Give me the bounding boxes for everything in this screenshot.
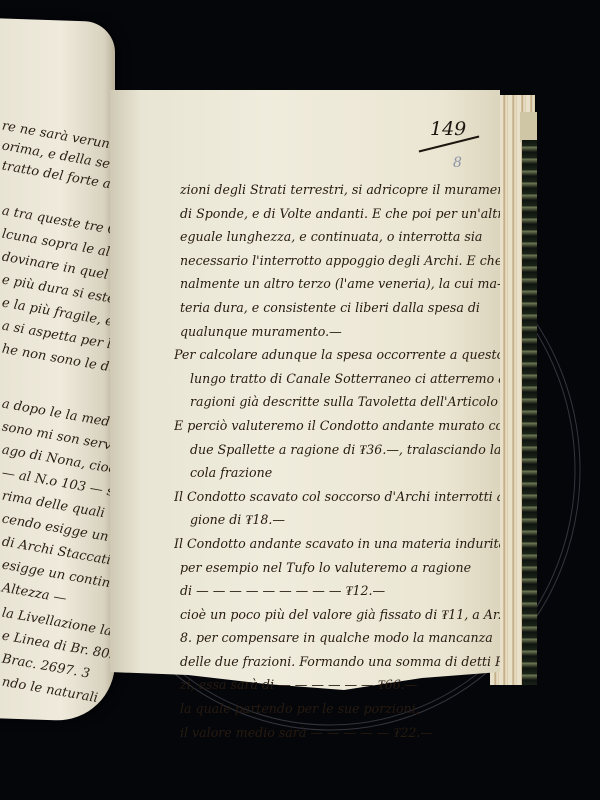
left-page-line: Altezza — <box>1 581 68 607</box>
text-line: eguale lunghezza, e continuata, o interr… <box>180 225 500 249</box>
text-line: di — — — — — — — — — ₮12.— <box>180 579 500 603</box>
text-line: il valore medio sarà — — — — — ₮22.— <box>180 721 500 745</box>
text-line: cola frazione <box>180 461 500 485</box>
text-line: per esempio nel Tufo lo valuteremo a rag… <box>180 556 500 580</box>
text-line: E perciò valuteremo il Condotto andante … <box>174 414 500 438</box>
text-line: Per calcolare adunque la spesa occorrent… <box>174 343 500 367</box>
text-line: 8. per compensare in qualche modo la man… <box>180 626 500 650</box>
cover-corner <box>520 112 537 142</box>
text-line: zioni degli Strati terrestri, si adricop… <box>180 178 500 202</box>
text-line: zi, essa sarà di — — — — — — ₮66.— <box>180 673 500 697</box>
text-line: delle due frazioni. Formando una somma d… <box>180 650 500 674</box>
text-line: di Sponde, e di Volte andanti. E che poi… <box>180 202 500 226</box>
text-line: Il Condotto andante scavato in una mater… <box>174 532 500 556</box>
text-line: due Spallette a ragione di ₮36.—, tralas… <box>180 438 500 462</box>
text-line: Il Condotto scavato col soccorso d'Archi… <box>174 485 500 509</box>
text-line: necessario l'interrotto appoggio degli A… <box>180 249 500 273</box>
pencil-mark: 8 <box>453 155 462 171</box>
text-line: gione di ₮18.— <box>180 508 500 532</box>
text-line: ragioni già descritte sulla Tavoletta de… <box>180 390 500 414</box>
page-number: 149 <box>430 118 466 140</box>
text-line: nalmente un altro terzo (l'ame veneria),… <box>180 272 500 296</box>
text-line: qualunque muramento.— <box>180 320 500 344</box>
manuscript-text: zioni degli Strati terrestri, si adricop… <box>180 178 500 744</box>
text-line: cioè un poco più del valore già fissato … <box>180 603 500 627</box>
left-page: re ne sarà veruna di queste orima, e del… <box>0 18 115 723</box>
text-line: lungo tratto di Canale Sotterraneo ci at… <box>180 367 500 391</box>
text-line: teria dura, e consistente ci liberi dall… <box>180 296 500 320</box>
text-line: la quale partendo per le sue porzioni, <box>180 697 500 721</box>
book-cover <box>522 140 537 685</box>
